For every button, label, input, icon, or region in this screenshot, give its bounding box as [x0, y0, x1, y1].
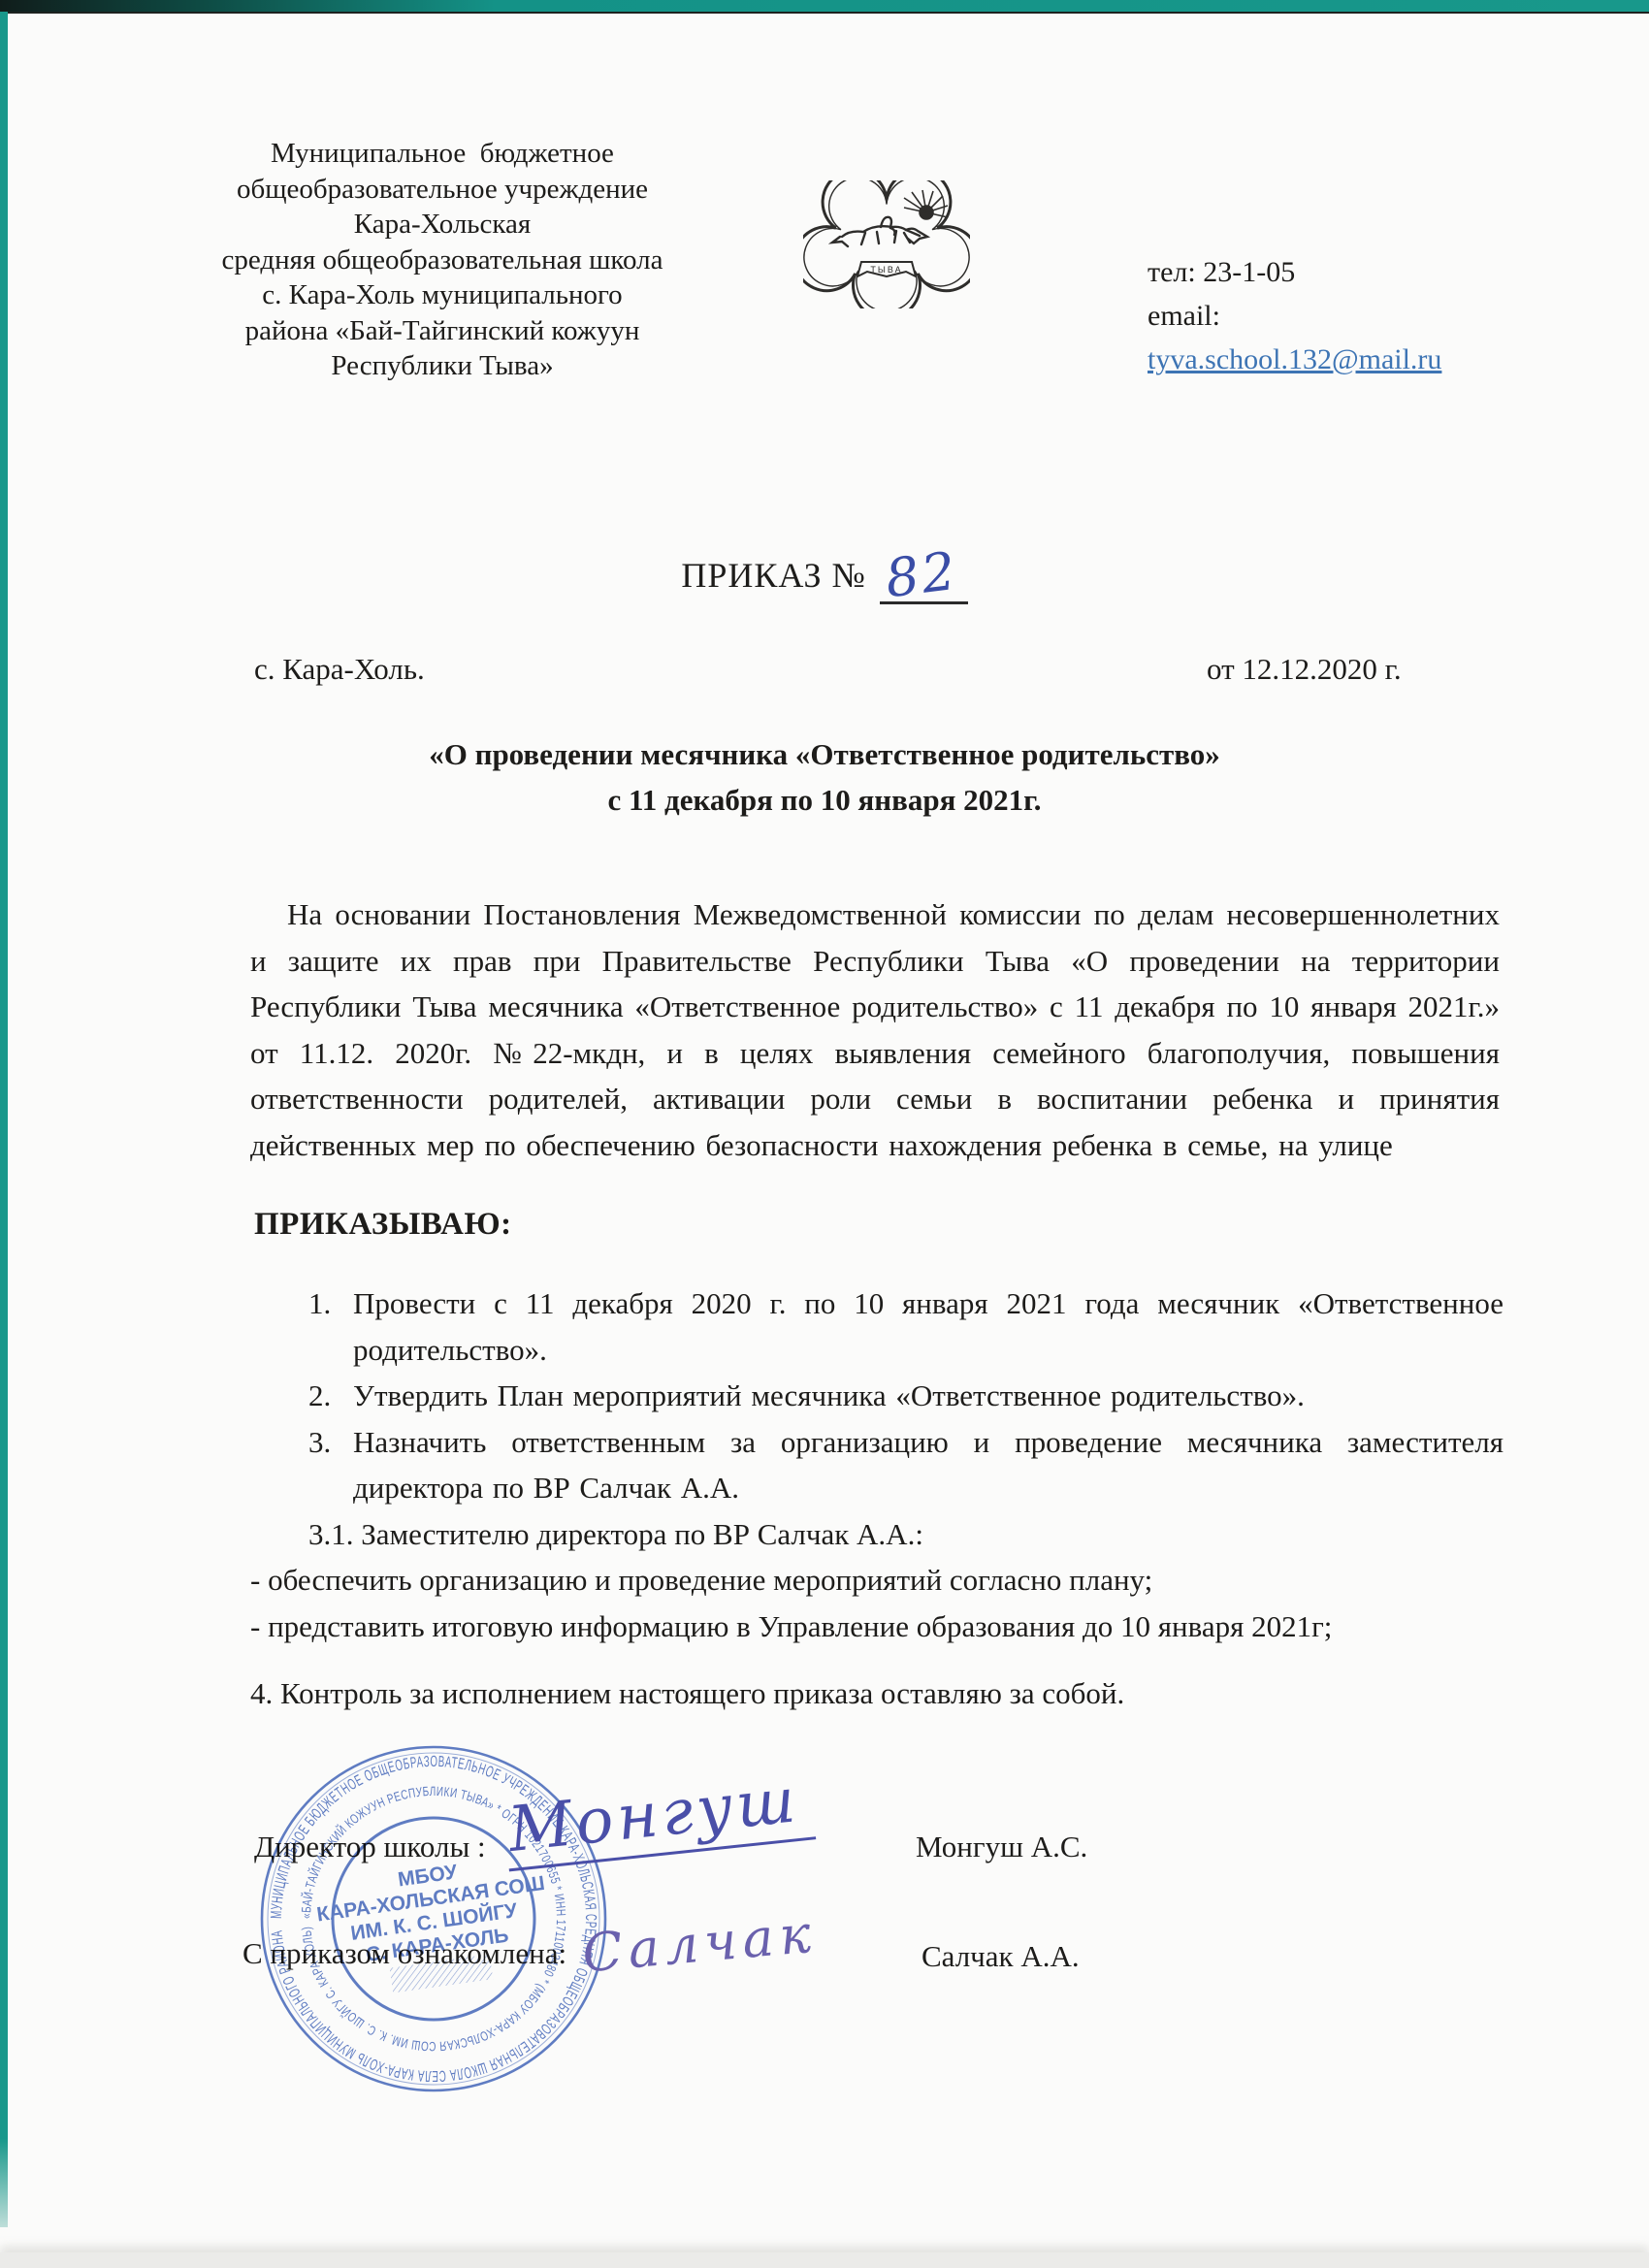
org-name-line: общеобразовательное учреждение [145, 172, 739, 208]
contact-block: тел: 23-1-05 email: tyva.school.132@mail… [1148, 250, 1441, 381]
preamble-paragraph: На основании Постановления Межведомствен… [250, 891, 1500, 1168]
org-name-line: Муниципальное бюджетное [145, 136, 739, 172]
subject-line-1: «О проведении месячника «Ответственное р… [0, 731, 1649, 777]
org-name-line: с. Кара-Холь муниципального [145, 277, 739, 313]
horse-rider-icon [832, 217, 927, 246]
phone: тел: 23-1-05 [1148, 250, 1441, 294]
place-date-row: с. Кара-Холь. от 12.12.2020 г. [254, 652, 1467, 687]
scanned-order-document: { "colors": { "scan_teal": "#18988b", "l… [0, 0, 1649, 2268]
order-item-3-1: 3.1. Заместителю директора по ВР Салчак … [308, 1511, 1503, 1558]
dash-item: - представить итоговую информацию в Упра… [250, 1604, 1503, 1650]
emblem-banner-text: ТЫВА [870, 265, 902, 275]
scan-edge-left [0, 12, 8, 2227]
org-name-line: Республики Тыва» [145, 348, 739, 384]
org-name-line: средняя общеобразовательная школа [145, 243, 739, 278]
tyva-emblem-icon: ТЫВА [803, 180, 970, 313]
acknowledged-name: Салчак А.А. [921, 1939, 1080, 1974]
director-name: Монгуш А.С. [916, 1830, 1087, 1864]
order-item-4: 4. Контроль за исполнением настоящего пр… [250, 1670, 1503, 1717]
scan-edge-bottom [0, 2252, 1649, 2268]
order-label: ПРИКАЗ № [681, 556, 866, 595]
order-item: 3. Назначить ответственным за организаци… [308, 1419, 1503, 1511]
directive-heading: ПРИКАЗЫВАЮ: [254, 1207, 512, 1243]
email-link[interactable]: tyva.school.132@mail.ru [1148, 343, 1441, 375]
subject-line-2: с 11 декабря по 10 января 2021г. [0, 777, 1649, 823]
order-item: 2. Утвердить План мероприятий месячника … [308, 1373, 1503, 1419]
handwritten-order-number: 82 [883, 545, 961, 606]
order-item: 1. Провести с 11 декабря 2020 г. по 10 я… [308, 1280, 1503, 1373]
org-name-line: района «Бай-Тайгинский кожуун [145, 313, 739, 349]
order-number-row: ПРИКАЗ №82 [0, 549, 1649, 604]
order-subject: «О проведении месячника «Ответственное р… [0, 731, 1649, 823]
scan-edge-top [0, 0, 1649, 14]
order-date: от 12.12.2020 г. [1207, 652, 1402, 687]
org-name-block: Муниципальное бюджетное общеобразователь… [145, 136, 739, 384]
org-name-line: Кара-Хольская [145, 207, 739, 243]
email-label: email: [1148, 294, 1441, 338]
dash-item: - обеспечить организацию и проведение ме… [250, 1557, 1503, 1604]
directives-block: 1. Провести с 11 декабря 2020 г. по 10 я… [250, 1280, 1503, 1717]
order-place: с. Кара-Холь. [254, 652, 425, 686]
